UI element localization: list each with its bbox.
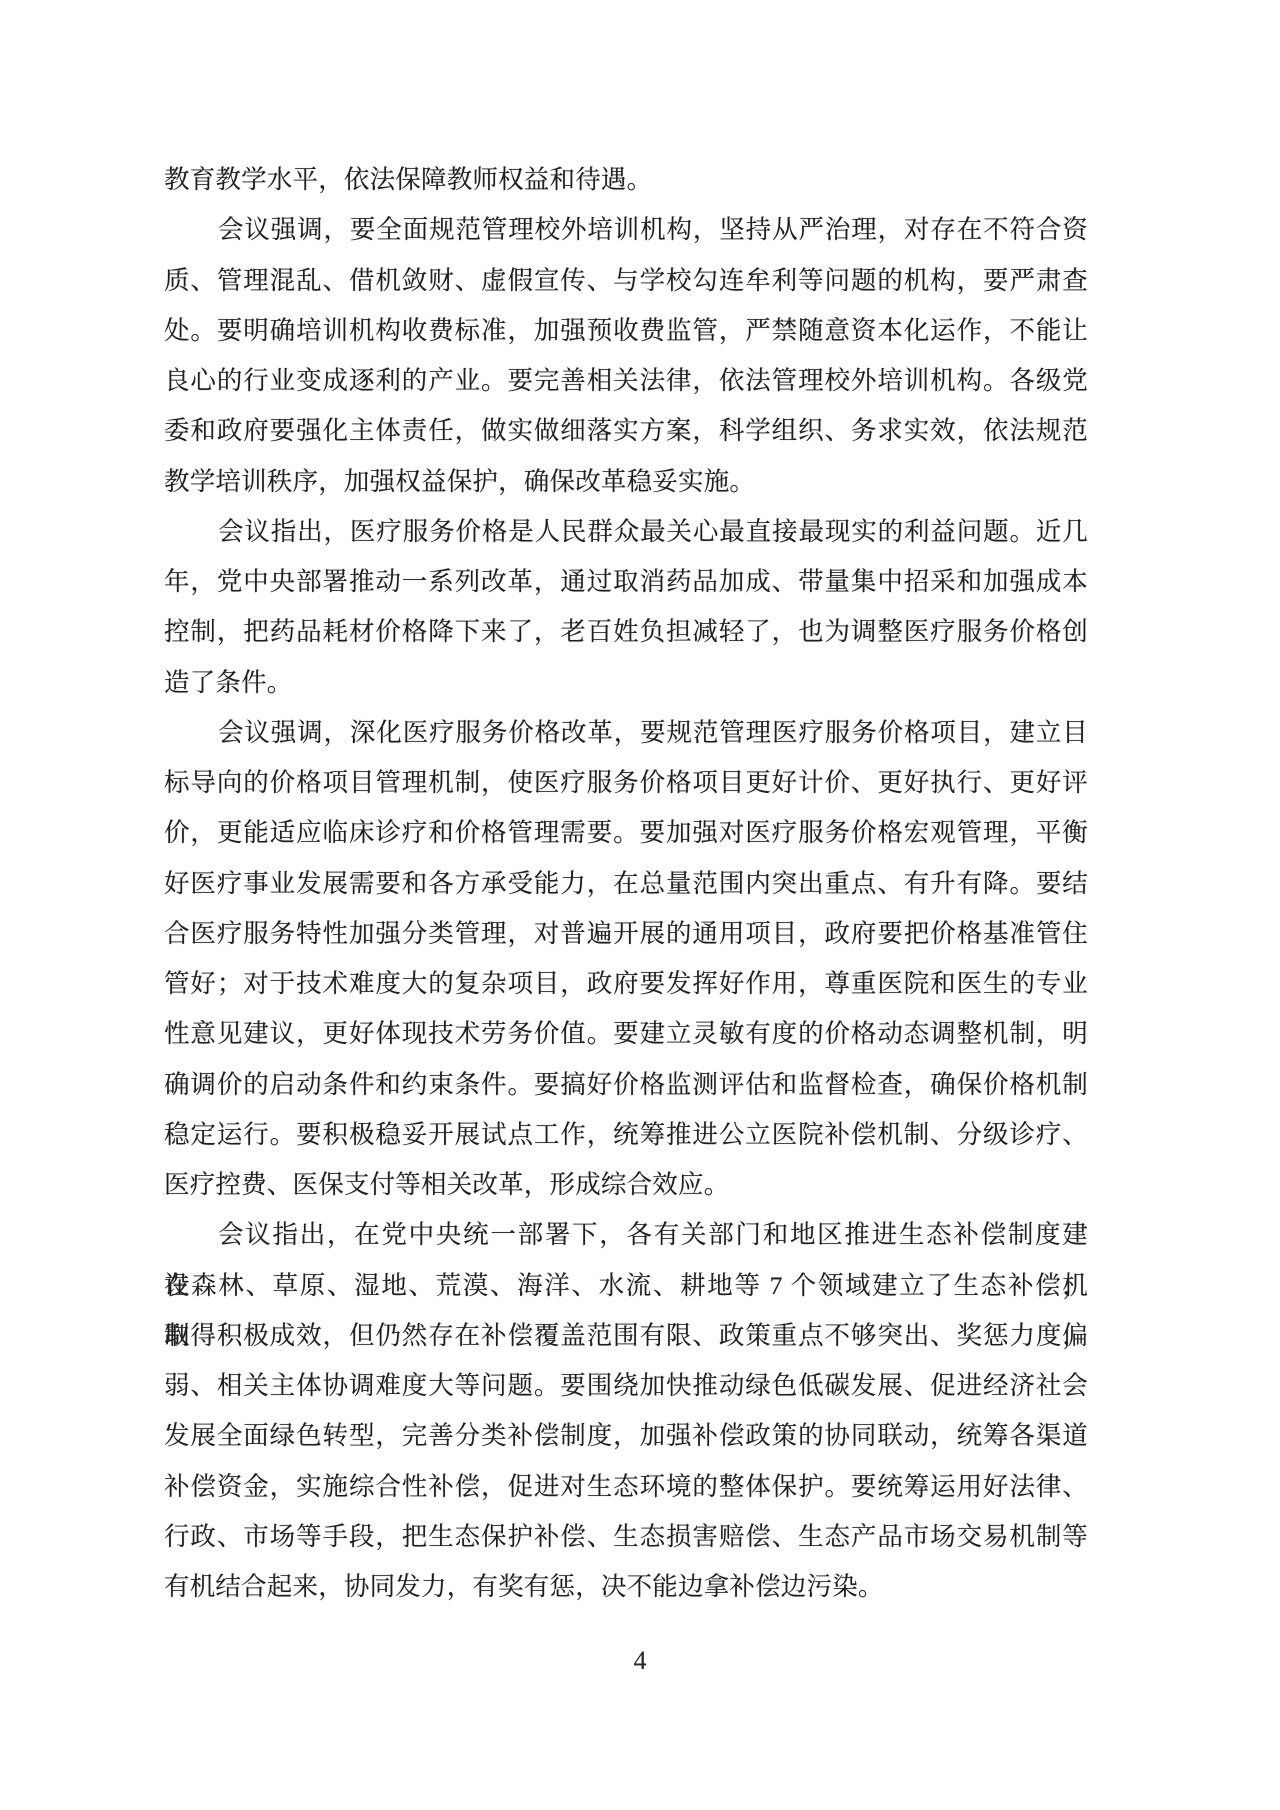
document-body: 教育教学水平，依法保障教师权益和待遇。会议强调，要全面规范管理校外培训机构，坚持… (164, 155, 1088, 1612)
text-line: 标导向的价格项目管理机制，使医疗服务价格项目更好计价、更好执行、更好评 (164, 758, 1088, 808)
text-line: 性意见建议，更好体现技术劳务价值。要建立灵敏有度的价格动态调整机制，明 (164, 1009, 1088, 1059)
document-page: 教育教学水平，依法保障教师权益和待遇。会议强调，要全面规范管理校外培训机构，坚持… (0, 0, 1280, 1810)
text-line: 年，党中央部署推动一系列改革，通过取消药品加成、带量集中招采和加强成本 (164, 557, 1088, 607)
text-line: 会议指出，医疗服务价格是人民群众最关心最直接最现实的利益问题。近几 (164, 507, 1088, 557)
text-line: 补偿资金，实施综合性补偿，促进对生态环境的整体保护。要统筹运用好法律、 (164, 1462, 1088, 1512)
text-line: 委和政府要强化主体责任，做实做细落实方案，科学组织、务求实效，依法规范 (164, 406, 1088, 456)
text-line: 好医疗事业发展需要和各方承受能力，在总量范围内突出重点、有升有降。要结 (164, 859, 1088, 909)
text-line: 会议强调，深化医疗服务价格改革，要规范管理医疗服务价格项目，建立目 (164, 708, 1088, 758)
text-line: 在森林、草原、湿地、荒漠、海洋、水流、耕地等 7 个领域建立了生态补偿机制， (164, 1261, 1088, 1311)
text-line: 造了条件。 (164, 658, 1088, 708)
text-line: 控制，把药品耗材价格降下来了，老百姓负担减轻了，也为调整医疗服务价格创 (164, 607, 1088, 657)
text-line: 确调价的启动条件和约束条件。要搞好价格监测评估和监督检查，确保价格机制 (164, 1060, 1088, 1110)
text-line: 质、管理混乱、借机敛财、虚假宣传、与学校勾连牟利等问题的机构，要严肃查 (164, 256, 1088, 306)
text-line: 有机结合起来，协同发力，有奖有惩，决不能边拿补偿边污染。 (164, 1562, 1088, 1612)
text-line: 良心的行业变成逐利的产业。要完善相关法律，依法管理校外培训机构。各级党 (164, 356, 1088, 406)
text-line: 管好；对于技术难度大的复杂项目，政府要发挥好作用，尊重医院和医生的专业 (164, 959, 1088, 1009)
text-line: 会议指出，在党中央统一部署下，各有关部门和地区推进生态补偿制度建设， (164, 1210, 1088, 1260)
text-line: 医疗控费、医保支付等相关改革，形成综合效应。 (164, 1160, 1088, 1210)
text-line: 行政、市场等手段，把生态保护补偿、生态损害赔偿、生态产品市场交易机制等 (164, 1512, 1088, 1562)
text-line: 教学培训秩序，加强权益保护，确保改革稳妥实施。 (164, 457, 1088, 507)
text-line: 取得积极成效，但仍然存在补偿覆盖范围有限、政策重点不够突出、奖惩力度偏 (164, 1311, 1088, 1361)
text-line: 会议强调，要全面规范管理校外培训机构，坚持从严治理，对存在不符合资 (164, 205, 1088, 255)
text-line: 价，更能适应临床诊疗和价格管理需要。要加强对医疗服务价格宏观管理，平衡 (164, 808, 1088, 858)
text-line: 教育教学水平，依法保障教师权益和待遇。 (164, 155, 1088, 205)
text-line: 发展全面绿色转型，完善分类补偿制度，加强补偿政策的协同联动，统筹各渠道 (164, 1411, 1088, 1461)
page-number: 4 (0, 1646, 1280, 1676)
text-line: 弱、相关主体协调难度大等问题。要围绕加快推动绿色低碳发展、促进经济社会 (164, 1361, 1088, 1411)
text-line: 处。要明确培训机构收费标准，加强预收费监管，严禁随意资本化运作，不能让 (164, 306, 1088, 356)
text-line: 合医疗服务特性加强分类管理，对普遍开展的通用项目，政府要把价格基准管住 (164, 909, 1088, 959)
text-line: 稳定运行。要积极稳妥开展试点工作，统筹推进公立医院补偿机制、分级诊疗、 (164, 1110, 1088, 1160)
